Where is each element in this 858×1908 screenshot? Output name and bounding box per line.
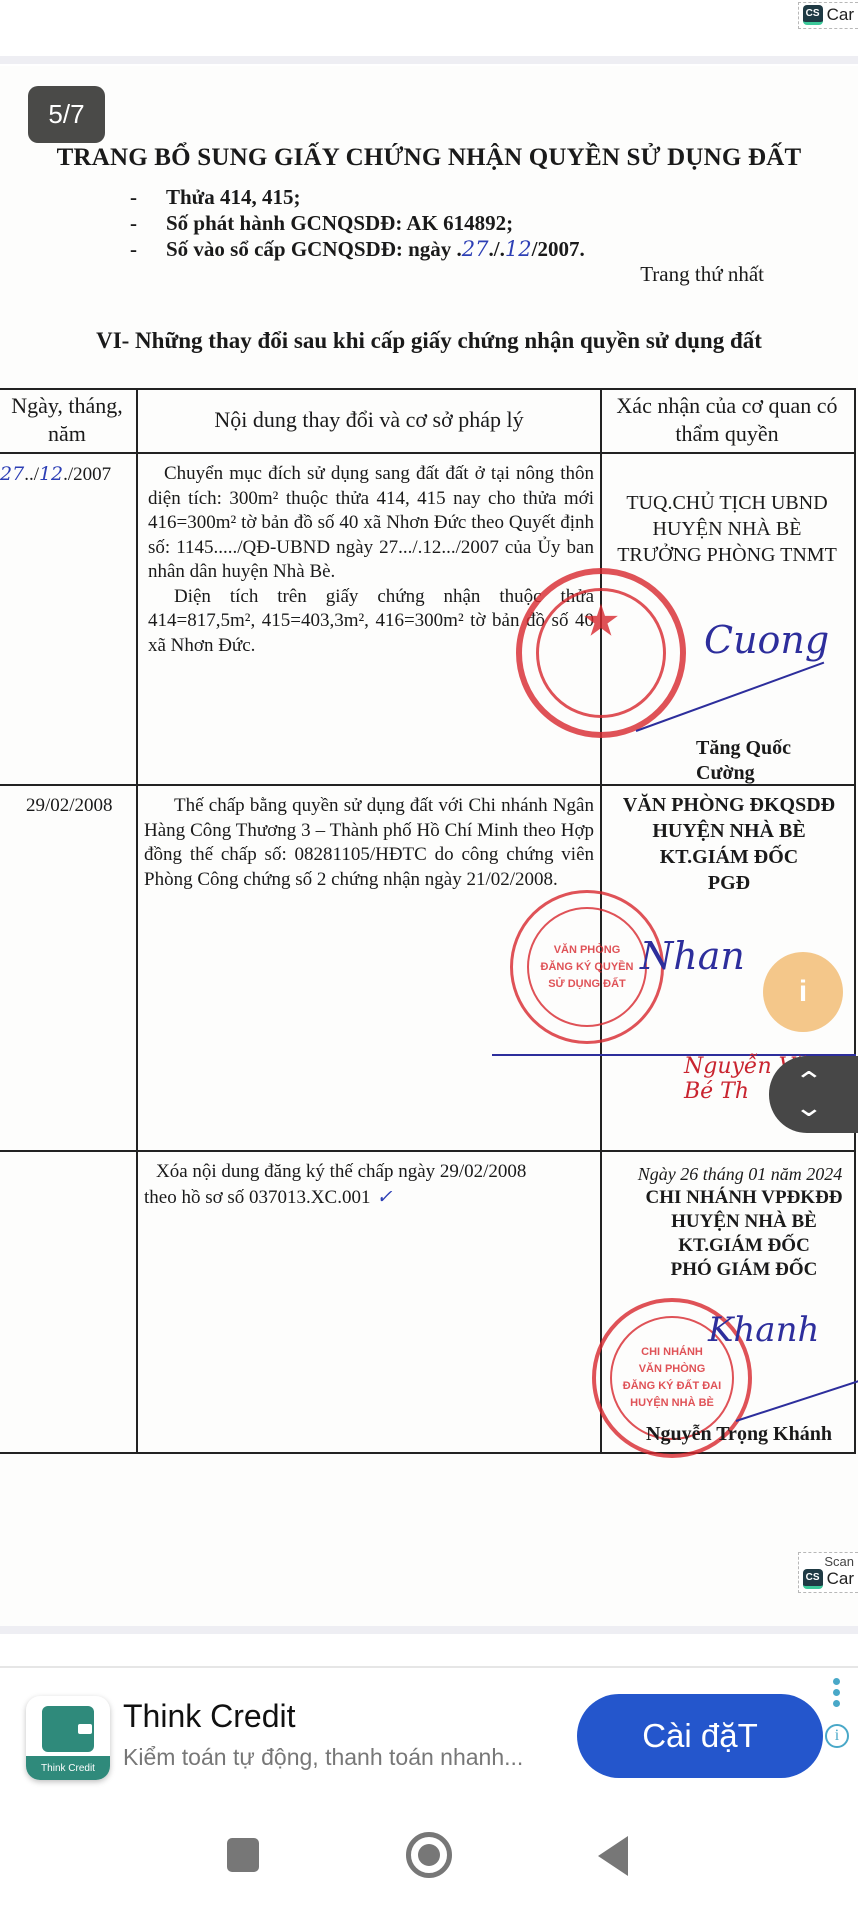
document-page[interactable]: 5/7 TRANG BỔ SUNG GIẤY CHỨNG NHẬN QUYỀN … (0, 66, 858, 1626)
back-icon[interactable] (598, 1836, 628, 1876)
camscanner-brand: Car (827, 1569, 854, 1589)
row1-date: 27../12./2007 (0, 462, 134, 488)
info-item: -Số vào sổ cấp GCNQSDĐ: ngày .27./.12/20… (130, 236, 585, 262)
more-options-icon[interactable] (829, 1678, 843, 1707)
row2-confirmation: VĂN PHÒNG ĐKQSDĐ HUYỆN NHÀ BÈ KT.GIÁM ĐỐ… (602, 792, 856, 896)
floating-info-button[interactable]: i (763, 952, 843, 1032)
star-emblem-icon: ★ (581, 596, 620, 647)
document-title: TRANG BỔ SUNG GIẤY CHỨNG NHẬN QUYỀN SỬ D… (0, 144, 858, 172)
page-ordinal: Trang thứ nhất (640, 262, 764, 287)
ad-description: Kiểm toán tự động, thanh toán nhanh... (123, 1744, 523, 1771)
app-icon[interactable]: Think Credit (26, 1696, 110, 1780)
row3-confirm-date: Ngày 26 tháng 01 năm 2024 (620, 1162, 858, 1187)
row1-confirmation: TUQ.CHỦ TỊCH UBND HUYỆN NHÀ BÈ TRƯỞNG PH… (602, 490, 852, 568)
row3-signature: Khanh (708, 1310, 819, 1350)
install-button[interactable]: Cài đặT (577, 1694, 823, 1778)
changes-table: Ngày, tháng, năm Nội dung thay đổi và cơ… (0, 388, 856, 1454)
row2-signature: Nhan (640, 934, 745, 978)
info-list: -Thửa 414, 415; -Số phát hành GCNQSDĐ: A… (130, 184, 585, 262)
home-icon[interactable] (406, 1832, 452, 1878)
row2-date: 29/02/2008 (26, 794, 136, 819)
recent-apps-icon[interactable] (227, 1838, 259, 1872)
info-item: -Số phát hành GCNQSDĐ: AK 614892; (130, 210, 585, 236)
row3-signer: Nguyễn Trọng Khánh (646, 1422, 832, 1447)
system-navigation-bar (0, 1802, 858, 1908)
camscanner-logo-icon: CS (803, 1569, 823, 1589)
row3-content: Xóa nội dung đăng ký thế chấp ngày 29/02… (144, 1160, 594, 1210)
camscanner-watermark-top: CS Car (798, 2, 858, 29)
info-item: -Thửa 414, 415; (130, 184, 585, 210)
ubnd-stamp: ★ (516, 568, 686, 738)
page-scroll-control[interactable]: ⌃ ⌄ (769, 1056, 858, 1133)
scroll-down-icon[interactable]: ⌄ (794, 1095, 825, 1121)
camscanner-watermark-bottom: Scan CS Car (798, 1552, 858, 1593)
row1-content-p1: Chuyển mục đích sử dụng sang đất đất ở t… (148, 462, 594, 585)
section-title: VI- Những thay đổi sau khi cấp giấy chứn… (0, 328, 858, 354)
page-indicator: 5/7 (28, 86, 105, 143)
scroll-up-icon[interactable]: ⌃ (794, 1069, 825, 1095)
ad-banner[interactable]: Think Credit Think Credit Kiểm toán tự đ… (0, 1666, 858, 1802)
page-separator (0, 1626, 858, 1634)
handwritten-day: 27 (462, 237, 489, 261)
camscanner-logo-icon: CS (803, 5, 823, 25)
ad-info-icon[interactable]: i (825, 1724, 849, 1748)
row3-confirmation: CHI NHÁNH VPĐKĐĐ HUYỆN NHÀ BÈ KT.GIÁM ĐỐ… (632, 1186, 856, 1282)
ad-app-name[interactable]: Think Credit (123, 1698, 296, 1735)
row1-signature: Cuong (704, 618, 829, 662)
row2-content: Thế chấp bằng quyền sử dụng đất với Chi … (144, 794, 594, 892)
handwritten-month: 12 (505, 237, 532, 261)
row1-signer: Tăng Quốc Cường (696, 736, 854, 785)
header-content: Nội dung thay đổi và cơ sở pháp lý (140, 406, 598, 434)
header-confirmation: Xác nhận của cơ quan có thẩm quyền (604, 392, 850, 448)
header-date: Ngày, tháng, năm (0, 392, 134, 448)
camscanner-brand: Car (827, 5, 854, 25)
wallet-icon (78, 1724, 92, 1734)
page-separator (0, 56, 858, 64)
